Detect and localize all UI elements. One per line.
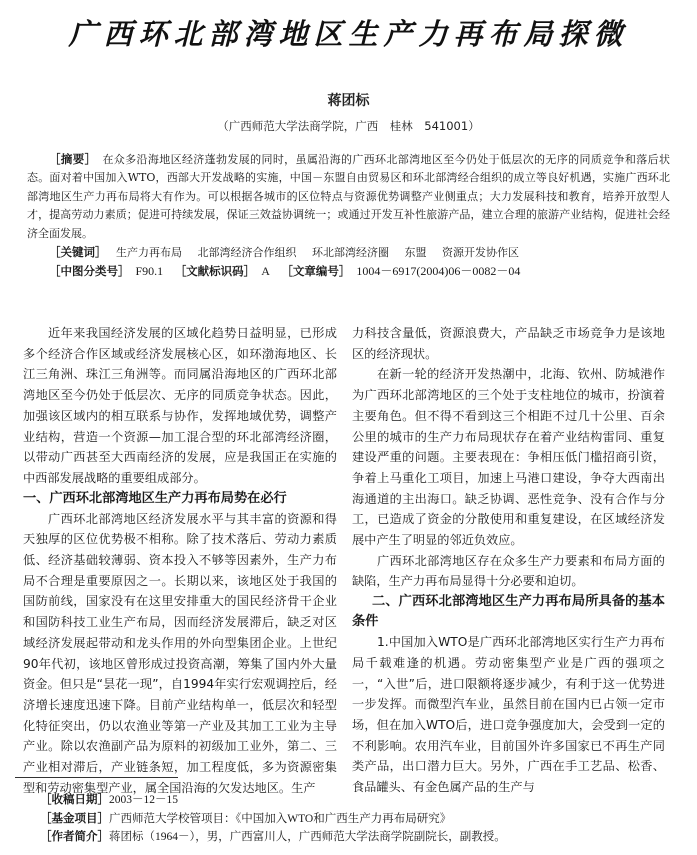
body-column-left: 近年来我国经济发展的区域化趋势日益明显，已形成多个经济合作区域或经济发展核心区，… bbox=[23, 323, 337, 798]
body-paragraph: 广西环北部湾地区存在众多生产力要素和布局方面的缺陷，生产力再布局显得十分必要和迫… bbox=[352, 551, 665, 592]
body-paragraph: 在新一轮的经济开发热潮中，北海、钦州、防城港作为广西环北部湾地区的三个处于支柱地… bbox=[352, 364, 665, 550]
section1-paragraph: 广西环北部湾地区经济发展水平与其丰富的资源和得天独厚的区位优势极不相称。除了技术… bbox=[23, 509, 337, 799]
abstract-text: 在众多沿海地区经济蓬勃发展的同时，虽属沿海的广西环北部湾地区至今仍处于低层次的无… bbox=[27, 153, 670, 240]
section-heading-1: 一、广西环北部湾地区生产力再布局势在必行 bbox=[23, 489, 337, 509]
body-column-right: 力科技含量低，资源浪费大，产品缺乏市场竞争力是该地区的经济现状。 在新一轮的经济… bbox=[352, 323, 665, 798]
keywords: ［关键词］ 生产力再布局 北部湾经济合作组织 环北部湾经济圈 东盟 资源开发协作… bbox=[27, 243, 670, 262]
continued-paragraph: 力科技含量低，资源浪费大，产品缺乏市场竞争力是该地区的经济现状。 bbox=[352, 323, 665, 364]
article-title: 广西环北部湾地区生产力再布局探微 bbox=[0, 12, 697, 53]
footnotes: ［收稿日期］2003－12－15 ［基金项目］广西师范大学校管项目：《中国加入W… bbox=[40, 791, 660, 847]
classification-line: ［中图分类号］F90.1 ［文献标识码］A ［文章编号］1004－6917(20… bbox=[27, 262, 670, 281]
abstract-label: ［摘要］ bbox=[49, 152, 96, 166]
section2-paragraph: 1.中国加入WTO是广西环北部湾地区实行生产力再布局千载难逢的机遇。劳动密集型产… bbox=[352, 632, 665, 798]
footnote-divider bbox=[15, 777, 178, 778]
author-bio-label: ［作者简介］ bbox=[40, 829, 109, 843]
abstract: ［摘要］在众多沿海地区经济蓬勃发展的同时，虽属沿海的广西环北部湾地区至今仍处于低… bbox=[27, 150, 670, 243]
footnote-author: ［作者简介］蒋团标（1964－），男，广西富川人，广西师范大学法商学院副院长，副… bbox=[40, 828, 660, 847]
fund-label: ［基金项目］ bbox=[40, 811, 109, 825]
keyword: 资源开发协作区 bbox=[442, 246, 519, 259]
keywords-label: ［关键词］ bbox=[49, 245, 107, 259]
article-author: 蒋团标 bbox=[0, 90, 697, 110]
author-bio-value: 蒋团标（1964－），男，广西富川人，广西师范大学法商学院副院长，副教授。 bbox=[109, 831, 506, 843]
doc-code-value: A bbox=[261, 264, 270, 278]
paper-page: 广西环北部湾地区生产力再布局探微 蒋团标 （广西师范大学法商学院，广西 桂林 5… bbox=[0, 0, 697, 855]
clc-value: F90.1 bbox=[136, 264, 164, 278]
footnote-fund: ［基金项目］广西师范大学校管项目：《中国加入WTO和广西生产力再布局研究》 bbox=[40, 810, 660, 829]
article-no-label: ［文章编号］ bbox=[281, 264, 350, 278]
fund-value: 广西师范大学校管项目：《中国加入WTO和广西生产力再布局研究》 bbox=[109, 813, 451, 825]
received-label: ［收稿日期］ bbox=[40, 792, 109, 806]
clc-label: ［中图分类号］ bbox=[49, 264, 130, 278]
keyword: 环北部湾经济圈 bbox=[312, 246, 389, 259]
keyword: 东盟 bbox=[405, 246, 427, 259]
intro-paragraph: 近年来我国经济发展的区域化趋势日益明显，已形成多个经济合作区域或经济发展核心区，… bbox=[23, 323, 337, 489]
abstract-section: ［摘要］在众多沿海地区经济蓬勃发展的同时，虽属沿海的广西环北部湾地区至今仍处于低… bbox=[27, 150, 670, 282]
keyword: 生产力再布局 bbox=[116, 246, 182, 259]
author-affiliation: （广西师范大学法商学院，广西 桂林 541001） bbox=[0, 118, 697, 134]
keyword: 北部湾经济合作组织 bbox=[198, 246, 297, 259]
footnote-received: ［收稿日期］2003－12－15 bbox=[40, 791, 660, 810]
doc-code-label: ［文献标识码］ bbox=[175, 264, 256, 278]
received-value: 2003－12－15 bbox=[109, 794, 178, 806]
section-heading-2: 二、广西环北部湾地区生产力再布局所具备的基本条件 bbox=[352, 592, 665, 632]
article-no-value: 1004－6917(2004)06－0082－04 bbox=[356, 264, 520, 278]
